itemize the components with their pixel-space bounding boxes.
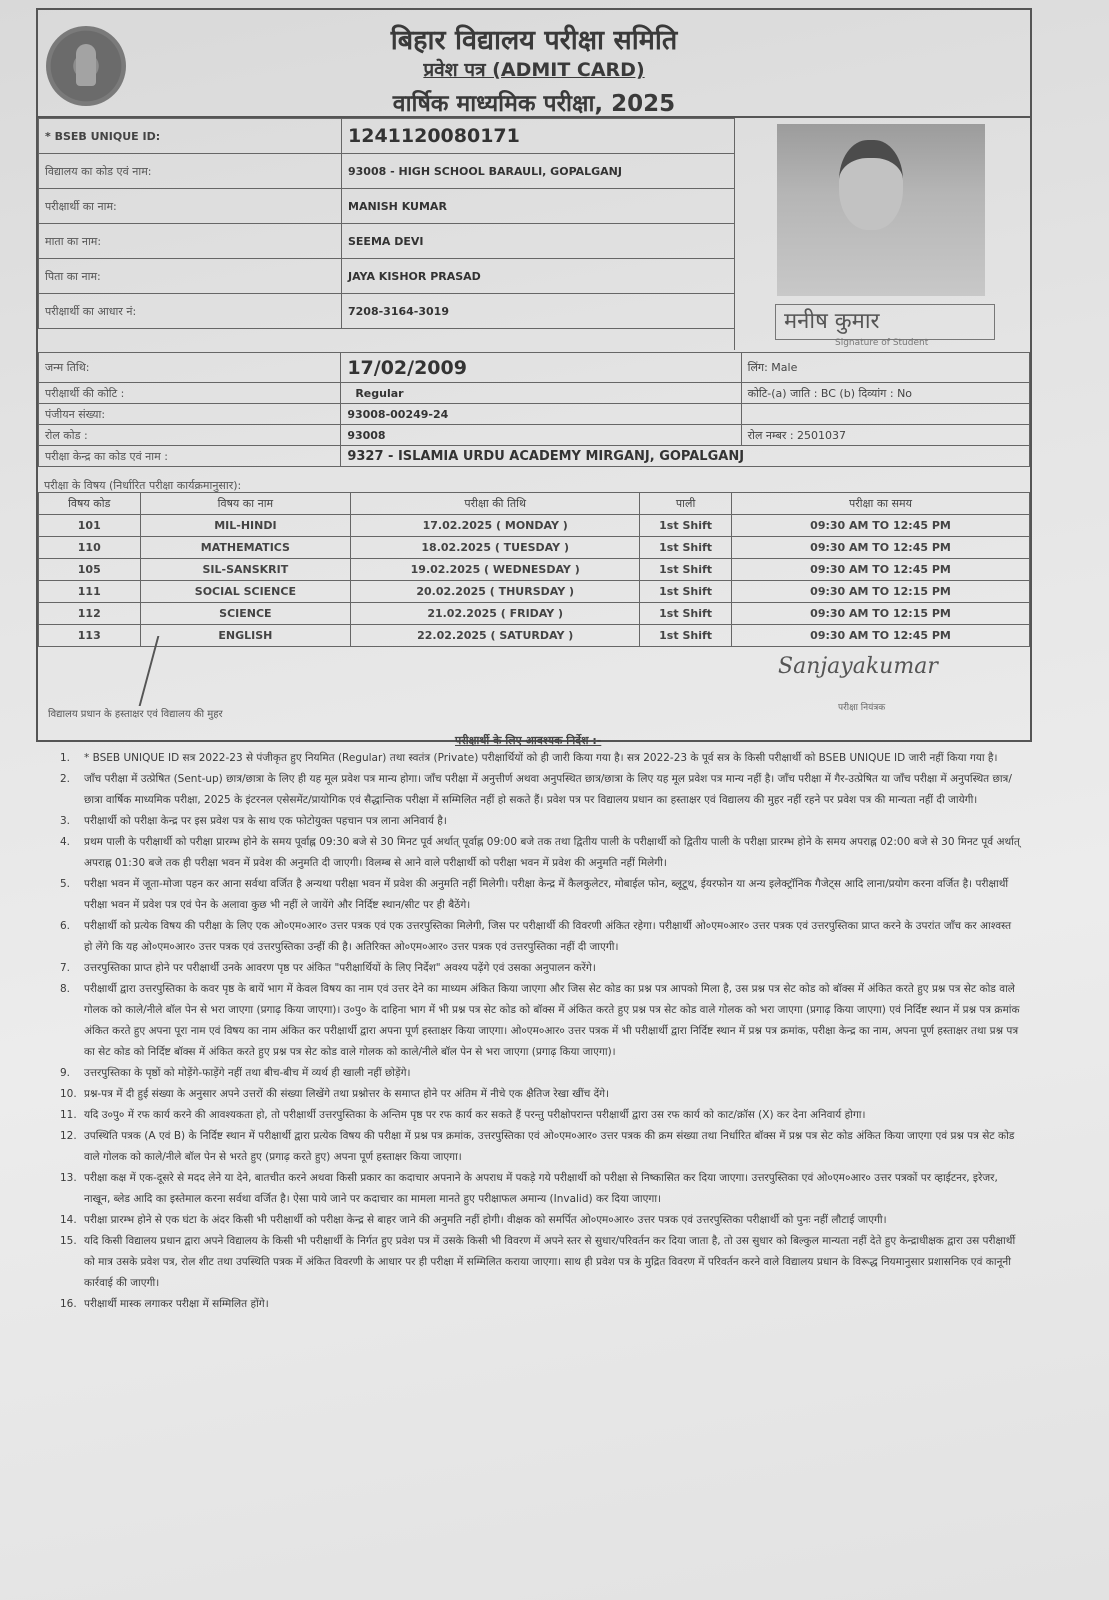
subject-cell: 09:30 AM TO 12:15 PM	[732, 581, 1030, 603]
signature-caption: Signature of Student	[835, 338, 928, 348]
subject-cell: 1st Shift	[640, 515, 732, 537]
instruction-number: 3.	[60, 811, 84, 832]
subject-cell: 17.02.2025 ( MONDAY )	[351, 515, 640, 537]
instruction-number: 5.	[60, 874, 84, 916]
aadhaar-label: परीक्षार्थी का आधार नं:	[39, 294, 342, 329]
instruction-number: 14.	[60, 1210, 84, 1231]
instruction-number: 8.	[60, 979, 84, 1063]
subject-cell: 105	[39, 559, 141, 581]
dob-label: जन्म तिथि:	[39, 353, 341, 383]
instruction-text: उत्तरपुस्तिका प्राप्त होने पर परीक्षार्थ…	[84, 958, 596, 979]
centre-value: 9327 - ISLAMIA URDU ACADEMY MIRGANJ, GOP…	[341, 446, 1030, 467]
instruction-item: 2.जाँच परीक्षा में उत्प्रेषित (Sent-up) …	[60, 769, 1020, 811]
instruction-text: * BSEB UNIQUE ID सत्र 2022-23 से पंजीकृत…	[84, 748, 997, 769]
instruction-number: 13.	[60, 1168, 84, 1210]
subject-cell: 1st Shift	[640, 603, 732, 625]
subject-cell: SCIENCE	[140, 603, 351, 625]
instruction-item: 15.यदि किसी विद्यालय प्रधान द्वारा अपने …	[60, 1231, 1020, 1294]
registration-value: 93008-00249-24	[341, 404, 741, 425]
instruction-item: 7.उत्तरपुस्तिका प्राप्त होने पर परीक्षार…	[60, 958, 1020, 979]
subject-row: 111SOCIAL SCIENCE20.02.2025 ( THURSDAY )…	[39, 581, 1030, 603]
unique-id-label: * BSEB UNIQUE ID:	[39, 119, 342, 154]
caste-value: कोटि-(a) जाति : BC (b) दिव्यांग : No	[741, 383, 1029, 404]
subject-row: 101MIL-HINDI17.02.2025 ( MONDAY )1st Shi…	[39, 515, 1030, 537]
category-value: Regular	[341, 383, 741, 404]
subjects-label: परीक्षा के विषय (निर्धारित परीक्षा कार्य…	[44, 478, 241, 493]
instruction-text: परीक्षार्थी मास्क लगाकर परीक्षा में सम्म…	[84, 1294, 269, 1315]
instruction-text: प्रश्न-पत्र में दी हुई संख्या के अनुसार …	[84, 1084, 609, 1105]
subject-cell: 111	[39, 581, 141, 603]
candidate-exam-details-table: जन्म तिथि:17/02/2009लिंग: Male परीक्षार्…	[38, 352, 1030, 467]
instruction-number: 4.	[60, 832, 84, 874]
board-name: बिहार विद्यालय परीक्षा समिति	[38, 20, 1030, 57]
instruction-number: 2.	[60, 769, 84, 811]
principal-signature-caption: विद्यालय प्रधान के हस्ताक्षर एवं विद्याल…	[48, 706, 223, 720]
instruction-number: 9.	[60, 1063, 84, 1084]
subject-cell: 101	[39, 515, 141, 537]
candidate-info-table: * BSEB UNIQUE ID:1241120080171 विद्यालय …	[38, 118, 735, 329]
photo-signature-cell: मनीष कुमार Signature of Student	[734, 118, 1031, 350]
subject-cell: 09:30 AM TO 12:45 PM	[732, 515, 1030, 537]
subject-row: 110MATHEMATICS18.02.2025 ( TUESDAY )1st …	[39, 537, 1030, 559]
subject-cell: 09:30 AM TO 12:45 PM	[732, 559, 1030, 581]
subject-cell: 1st Shift	[640, 537, 732, 559]
instruction-item: 9.उत्तरपुस्तिका के पृष्ठों को मोड़ेंगे-फ…	[60, 1063, 1020, 1084]
mother-name-value: SEEMA DEVI	[342, 224, 735, 259]
instruction-number: 12.	[60, 1126, 84, 1168]
school-label: विद्यालय का कोड एवं नाम:	[39, 154, 342, 189]
instruction-number: 6.	[60, 916, 84, 958]
instruction-item: 1.* BSEB UNIQUE ID सत्र 2022-23 से पंजीक…	[60, 748, 1020, 769]
exam-title: वार्षिक माध्यमिक परीक्षा, 2025	[38, 86, 1030, 118]
instruction-text: परीक्षा कक्ष में एक-दूसरे से मदद लेने या…	[84, 1168, 1020, 1210]
principal-signature	[139, 636, 220, 706]
instruction-text: परीक्षार्थी द्वारा उत्तरपुस्तिका के कवर …	[84, 979, 1020, 1063]
instruction-number: 11.	[60, 1105, 84, 1126]
instruction-number: 7.	[60, 958, 84, 979]
subject-cell: 21.02.2025 ( FRIDAY )	[351, 603, 640, 625]
subject-cell: 110	[39, 537, 141, 559]
instruction-item: 3.परीक्षार्थी को परीक्षा केन्द्र पर इस प…	[60, 811, 1020, 832]
school-value: 93008 - HIGH SCHOOL BARAULI, GOPALGANJ	[342, 154, 735, 189]
instruction-item: 8.परीक्षार्थी द्वारा उत्तरपुस्तिका के कव…	[60, 979, 1020, 1063]
subjects-header-cell: विषय का नाम	[140, 493, 351, 515]
instruction-item: 11.यदि उ०पु० में रफ कार्य करने की आवश्यक…	[60, 1105, 1020, 1126]
subject-cell: 1st Shift	[640, 559, 732, 581]
candidate-name-label: परीक्षार्थी का नाम:	[39, 189, 342, 224]
instruction-text: जाँच परीक्षा में उत्प्रेषित (Sent-up) छा…	[84, 769, 1020, 811]
instructions-list: 1.* BSEB UNIQUE ID सत्र 2022-23 से पंजीक…	[60, 748, 1020, 1315]
mother-name-label: माता का नाम:	[39, 224, 342, 259]
instruction-item: 14.परीक्षा प्रारम्भ होने से एक घंटा के अ…	[60, 1210, 1020, 1231]
controller-signature-caption: परीक्षा नियंत्रक	[838, 700, 885, 713]
registration-label: पंजीयन संख्या:	[39, 404, 341, 425]
instruction-text: प्रथम पाली के परीक्षार्थी को परीक्षा प्र…	[84, 832, 1020, 874]
subject-cell: SOCIAL SCIENCE	[140, 581, 351, 603]
subject-cell: SIL-SANSKRIT	[140, 559, 351, 581]
candidate-signature: मनीष कुमार	[775, 304, 995, 340]
candidate-name-value: MANISH KUMAR	[342, 189, 735, 224]
subject-cell: MIL-HINDI	[140, 515, 351, 537]
subject-cell: 112	[39, 603, 141, 625]
instruction-text: परीक्षा भवन में जूता-मोजा पहन कर आना सर्…	[84, 874, 1020, 916]
instruction-item: 16.परीक्षार्थी मास्क लगाकर परीक्षा में स…	[60, 1294, 1020, 1315]
instruction-text: उपस्थिति पत्रक (A एवं B) के निर्दिष्ट स्…	[84, 1126, 1020, 1168]
instruction-text: यदि किसी विद्यालय प्रधान द्वारा अपने विद…	[84, 1231, 1020, 1294]
subjects-header-cell: परीक्षा की तिथि	[351, 493, 640, 515]
instruction-number: 1.	[60, 748, 84, 769]
instruction-text: परीक्षार्थी को प्रत्येक विषय की परीक्षा …	[84, 916, 1020, 958]
instruction-item: 5.परीक्षा भवन में जूता-मोजा पहन कर आना स…	[60, 874, 1020, 916]
father-name-value: JAYA KISHOR PRASAD	[342, 259, 735, 294]
instruction-text: उत्तरपुस्तिका के पृष्ठों को मोड़ेंगे-फाड…	[84, 1063, 411, 1084]
father-name-label: पिता का नाम:	[39, 259, 342, 294]
instruction-text: परीक्षा प्रारम्भ होने से एक घंटा के अंदर…	[84, 1210, 887, 1231]
subject-cell: 18.02.2025 ( TUESDAY )	[351, 537, 640, 559]
admit-card-header: बिहार विद्यालय परीक्षा समिति प्रवेश पत्र…	[38, 10, 1030, 118]
subjects-header-cell: परीक्षा का समय	[732, 493, 1030, 515]
aadhaar-value: 7208-3164-3019	[342, 294, 735, 329]
signature-area: विद्यालय प्रधान के हस्ताक्षर एवं विद्याल…	[38, 624, 1030, 738]
subjects-header-cell: विषय कोड	[39, 493, 141, 515]
gender-value: लिंग: Male	[741, 353, 1029, 383]
controller-signature: Sanjayakumar	[778, 654, 938, 679]
instruction-number: 10.	[60, 1084, 84, 1105]
subjects-header-cell: पाली	[640, 493, 732, 515]
instruction-number: 15.	[60, 1231, 84, 1294]
instruction-text: यदि उ०पु० में रफ कार्य करने की आवश्यकता …	[84, 1105, 866, 1126]
admit-card: बिहार विद्यालय परीक्षा समिति प्रवेश पत्र…	[36, 8, 1032, 742]
candidate-photo	[777, 124, 985, 296]
unique-id-value: 1241120080171	[342, 119, 735, 154]
subject-cell: 09:30 AM TO 12:45 PM	[732, 537, 1030, 559]
subject-cell: 09:30 AM TO 12:15 PM	[732, 603, 1030, 625]
roll-code-label: रोल कोड :	[39, 425, 341, 446]
category-label: परीक्षार्थी की कोटि :	[39, 383, 341, 404]
subject-cell: 19.02.2025 ( WEDNESDAY )	[351, 559, 640, 581]
instruction-text: परीक्षार्थी को परीक्षा केन्द्र पर इस प्र…	[84, 811, 447, 832]
instruction-item: 6.परीक्षार्थी को प्रत्येक विषय की परीक्ष…	[60, 916, 1020, 958]
instruction-number: 16.	[60, 1294, 84, 1315]
roll-code-value: 93008	[341, 425, 741, 446]
instruction-item: 13.परीक्षा कक्ष में एक-दूसरे से मदद लेने…	[60, 1168, 1020, 1210]
centre-label: परीक्षा केन्द्र का कोड एवं नाम :	[39, 446, 341, 467]
roll-number-value: रोल नम्बर : 2501037	[741, 425, 1029, 446]
instruction-item: 10.प्रश्न-पत्र में दी हुई संख्या के अनुस…	[60, 1084, 1020, 1105]
subject-row: 112SCIENCE21.02.2025 ( FRIDAY )1st Shift…	[39, 603, 1030, 625]
instructions-title: परीक्षार्थी के लिए आवश्यक निर्देश :-	[455, 733, 601, 748]
document-type: प्रवेश पत्र (ADMIT CARD)	[38, 56, 1030, 82]
subject-cell: MATHEMATICS	[140, 537, 351, 559]
subject-cell: 20.02.2025 ( THURSDAY )	[351, 581, 640, 603]
subject-cell: 1st Shift	[640, 581, 732, 603]
dob-value: 17/02/2009	[341, 353, 741, 383]
instruction-item: 4.प्रथम पाली के परीक्षार्थी को परीक्षा प…	[60, 832, 1020, 874]
instruction-item: 12.उपस्थिति पत्रक (A एवं B) के निर्दिष्ट…	[60, 1126, 1020, 1168]
subject-row: 105SIL-SANSKRIT19.02.2025 ( WEDNESDAY )1…	[39, 559, 1030, 581]
